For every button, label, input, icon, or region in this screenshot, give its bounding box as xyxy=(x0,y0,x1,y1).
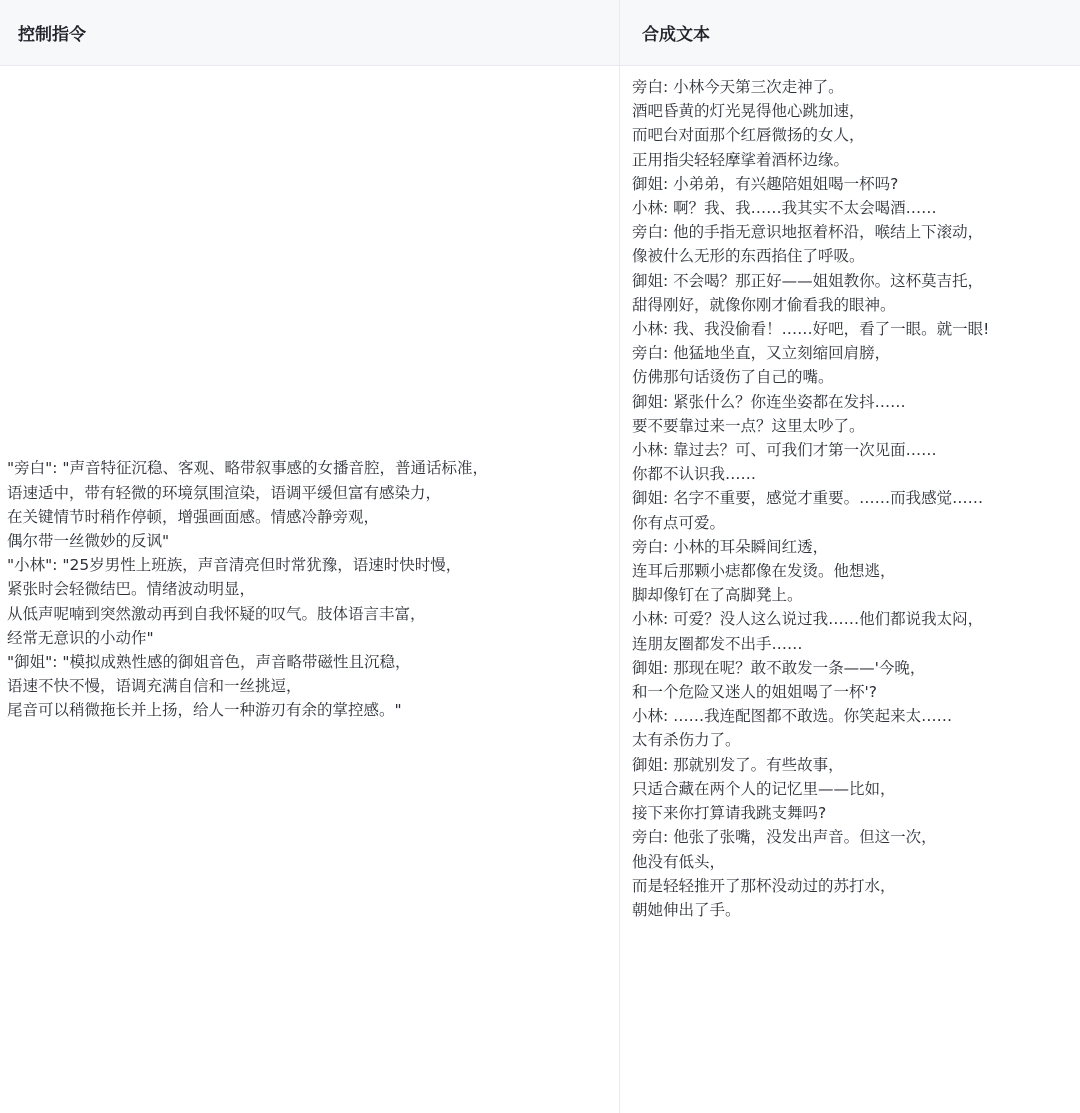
synthesized-text-cell: 旁白: 小林今天第三次走神了。 酒吧昏黄的灯光晃得他心跳加速， 而吧台对面那个红… xyxy=(620,66,1080,1113)
dialogue-line: 旁白: 小林今天第三次走神了。 xyxy=(632,75,1080,99)
control-line: "旁白": "声音特征沉稳、客观、略带叙事感的女播音腔，普通话标准， xyxy=(7,456,488,480)
control-line: "小林": "25岁男性上班族，声音清亮但时常犹豫，语速时快时慢， xyxy=(7,553,488,577)
dialogue-line: 小林: 靠过去？可、可我们才第一次见面…… xyxy=(632,438,1080,462)
control-line: 语速不快不慢，语调充满自信和一丝挑逗， xyxy=(7,674,488,698)
dialogue-line: 御姐: 那就别发了。有些故事， xyxy=(632,753,1080,777)
dialogue-line: 御姐: 小弟弟，有兴趣陪姐姐喝一杯吗? xyxy=(632,172,1080,196)
dialogue-line: 仿佛那句话烫伤了自己的嘴。 xyxy=(632,365,1080,389)
dialogue-line: 要不要靠过来一点？这里太吵了。 xyxy=(632,414,1080,438)
dialogue-line: 而吧台对面那个红唇微扬的女人， xyxy=(632,123,1080,147)
column-header-text-label: 合成文本 xyxy=(642,20,710,45)
dialogue-line: 朝她伸出了手。 xyxy=(632,898,1080,922)
dialogue-line: 旁白: 小林的耳朵瞬间红透， xyxy=(632,535,1080,559)
control-line: 经常无意识的小动作" xyxy=(7,626,488,650)
dialogue-line: 御姐: 紧张什么？你连坐姿都在发抖…… xyxy=(632,390,1080,414)
dialogue-line: 小林: ……我连配图都不敢选。你笑起来太…… xyxy=(632,704,1080,728)
dialogue-line: 旁白: 他的手指无意识地抠着杯沿，喉结上下滚动， xyxy=(632,220,1080,244)
dialogue-line: 连耳后那颗小痣都像在发烫。他想逃， xyxy=(632,559,1080,583)
content-table: 控制指令 合成文本 "旁白": "声音特征沉稳、客观、略带叙事感的女播音腔，普通… xyxy=(0,0,1080,1113)
dialogue-line: 小林: 啊？我、我……我其实不太会喝酒…… xyxy=(632,196,1080,220)
dialogue-line: 御姐: 名字不重要，感觉才重要。……而我感觉…… xyxy=(632,486,1080,510)
dialogue-line: 脚却像钉在了高脚凳上。 xyxy=(632,583,1080,607)
column-header-control-label: 控制指令 xyxy=(18,20,86,45)
dialogue-line: 小林: 可爱？没人这么说过我……他们都说我太闷， xyxy=(632,607,1080,631)
dialogue-line: 他没有低头， xyxy=(632,850,1080,874)
control-line: 在关键情节时稍作停顿，增强画面感。情感冷静旁观， xyxy=(7,505,488,529)
dialogue-line: 旁白: 他张了张嘴，没发出声音。但这一次， xyxy=(632,825,1080,849)
dialogue-line: 甜得刚好，就像你刚才偷看我的眼神。 xyxy=(632,293,1080,317)
dialogue-line: 你有点可爱。 xyxy=(632,511,1080,535)
dialogue-line: 你都不认识我…… xyxy=(632,462,1080,486)
control-line: "御姐": "模拟成熟性感的御姐音色，声音略带磁性且沉稳， xyxy=(7,650,488,674)
dialogue-line: 御姐: 那现在呢？敢不敢发一条——'今晚， xyxy=(632,656,1080,680)
dialogue-line: 旁白: 他猛地坐直，又立刻缩回肩膀， xyxy=(632,341,1080,365)
dialogue-line: 像被什么无形的东西掐住了呼吸。 xyxy=(632,244,1080,268)
dialogue-line: 酒吧昏黄的灯光晃得他心跳加速， xyxy=(632,99,1080,123)
control-line: 语速适中，带有轻微的环境氛围渲染，语调平缓但富有感染力， xyxy=(7,481,488,505)
dialogue-line: 太有杀伤力了。 xyxy=(632,728,1080,752)
dialogue-line: 正用指尖轻轻摩挲着酒杯边缘。 xyxy=(632,148,1080,172)
dialogue-line: 小林: 我、我没偷看！……好吧，看了一眼。就一眼! xyxy=(632,317,1080,341)
dialogue-line: 和一个危险又迷人的姐姐喝了一杯'? xyxy=(632,680,1080,704)
dialogue-line: 只适合藏在两个人的记忆里——比如， xyxy=(632,777,1080,801)
dialogue-line: 御姐: 不会喝？那正好——姐姐教你。这杯莫吉托， xyxy=(632,269,1080,293)
column-header-control: 控制指令 xyxy=(0,0,620,66)
dialogue-line: 而是轻轻推开了那杯没动过的苏打水， xyxy=(632,874,1080,898)
control-instructions-cell: "旁白": "声音特征沉稳、客观、略带叙事感的女播音腔，普通话标准， 语速适中，… xyxy=(0,66,620,1113)
control-line: 偶尔带一丝微妙的反讽" xyxy=(7,529,488,553)
column-header-text: 合成文本 xyxy=(620,0,1080,66)
control-instructions-block: "旁白": "声音特征沉稳、客观、略带叙事感的女播音腔，普通话标准， 语速适中，… xyxy=(7,456,488,722)
control-line: 从低声呢喃到突然激动再到自我怀疑的叹气。肢体语言丰富， xyxy=(7,602,488,626)
dialogue-line: 接下来你打算请我跳支舞吗? xyxy=(632,801,1080,825)
dialogue-line: 连朋友圈都发不出手…… xyxy=(632,632,1080,656)
control-line: 紧张时会轻微结巴。情绪波动明显， xyxy=(7,577,488,601)
control-line: 尾音可以稍微拖长并上扬，给人一种游刃有余的掌控感。" xyxy=(7,698,488,722)
